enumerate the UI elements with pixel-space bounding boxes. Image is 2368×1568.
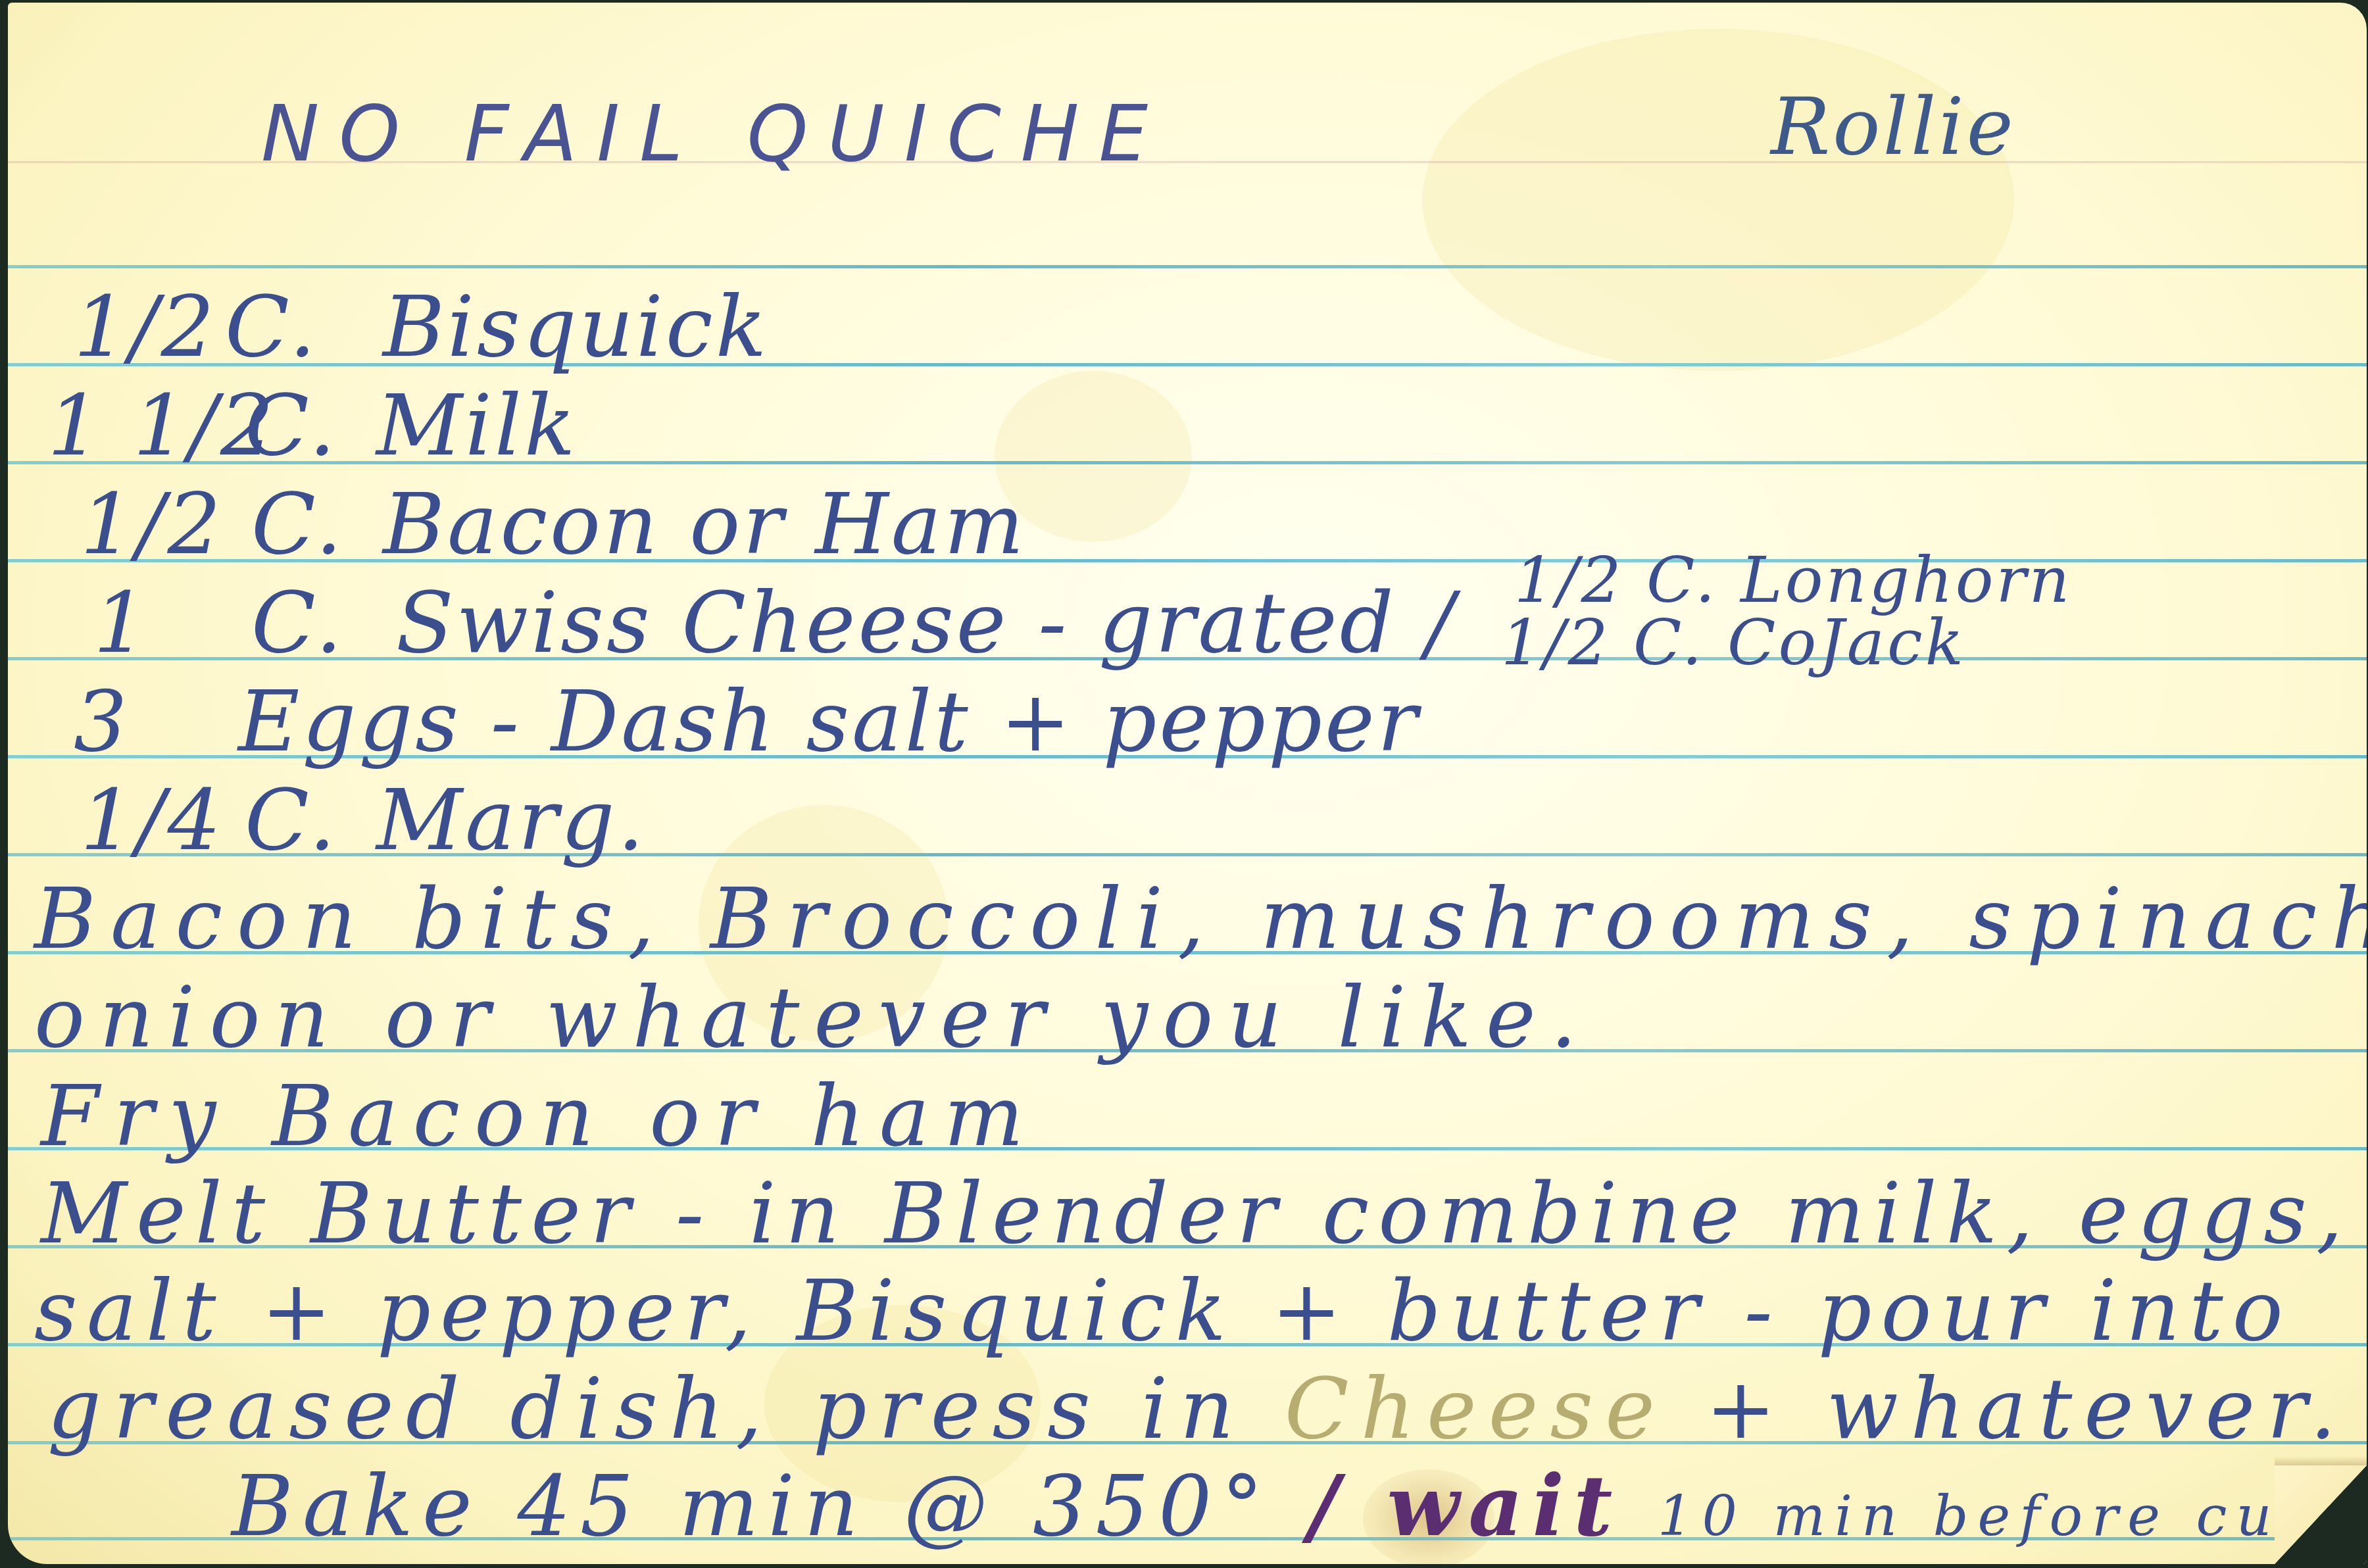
ingredient-row: 1 1/2C.Milk	[47, 384, 578, 468]
optional-addins-line2: onion or whatever you like.	[34, 976, 1591, 1060]
ingredient-row: 1/2C.Bisquick	[74, 285, 769, 370]
ingredient-item: Bacon or Ham	[383, 476, 1027, 574]
author-signature: Rollie	[1771, 88, 2016, 167]
ingredient-item: Bisquick	[383, 278, 769, 376]
step-wait-purple: / wait	[1308, 1457, 1621, 1556]
ingredient-unit: C.	[251, 581, 396, 666]
ingredient-qty: 1/4	[80, 779, 245, 863]
ingredient-qty: 1	[93, 581, 251, 666]
ingredient-item: Eggs - Dash salt + pepper	[238, 673, 1420, 771]
step-greased-dish: greased dish, press in Cheese + whatever…	[47, 1367, 2348, 1452]
ingredient-unit: C.	[245, 779, 376, 863]
ingredient-item: Milk	[376, 377, 578, 475]
ingredient-row: 1/2C.Bacon or Ham	[80, 483, 1027, 567]
recipe-card: NO FAIL QUICHE Rollie 1/2C.Bisquick 1 1/…	[8, 3, 2367, 1564]
ingredient-qty: 1 1/2	[47, 384, 245, 468]
ingredient-item: Marg.	[376, 772, 647, 870]
ingredient-row: 3Eggs - Dash salt + pepper	[74, 680, 1420, 764]
ingredient-unit: C.	[245, 384, 376, 468]
step-whatever: + whatever.	[1706, 1360, 2348, 1458]
step-greased-dish-text: greased dish, press in	[47, 1360, 1246, 1458]
ingredient-unit: C.	[251, 483, 383, 567]
ingredient-qty: 3	[74, 680, 238, 764]
fold-shadow	[2275, 1456, 2367, 1465]
ingredient-qty: 1/2	[74, 285, 225, 370]
ingredient-row: 1C.Swiss Cheese - grated /	[93, 581, 1457, 666]
ingredient-row: 1/4C.Marg.	[80, 779, 647, 863]
optional-addins-line1: Bacon bits, Broccoli, mushrooms, spinach…	[34, 877, 2367, 962]
ingredient-unit: C.	[225, 285, 383, 370]
step-melt-combine: Melt Butter - in Blender combine milk, e…	[41, 1172, 2352, 1256]
step-bake: Bake 45 min @ 350° / wait 10 min before …	[232, 1464, 2367, 1549]
ingredient-qty: 1/2	[80, 483, 251, 567]
step-cool-time: 10 min before cutting	[1658, 1484, 2367, 1548]
step-bake-text: Bake 45 min @ 350°	[232, 1458, 1272, 1556]
cheese-alt-longhorn: 1/2 C. Longhorn	[1514, 549, 2072, 612]
cheese-alt-cojack: 1/2 C. CoJack	[1501, 611, 1966, 674]
step-cheese-faded: Cheese	[1285, 1360, 1667, 1458]
step-salt-pepper: salt + pepper, Bisquick + butter - pour …	[34, 1269, 2292, 1354]
step-fry: Fry Bacon or ham	[41, 1075, 1038, 1159]
ruled-line	[8, 265, 2367, 268]
recipe-title: NO FAIL QUICHE	[261, 95, 1168, 172]
water-stain	[1422, 29, 2014, 371]
ingredient-item: Swiss Cheese - grated /	[396, 574, 1457, 672]
